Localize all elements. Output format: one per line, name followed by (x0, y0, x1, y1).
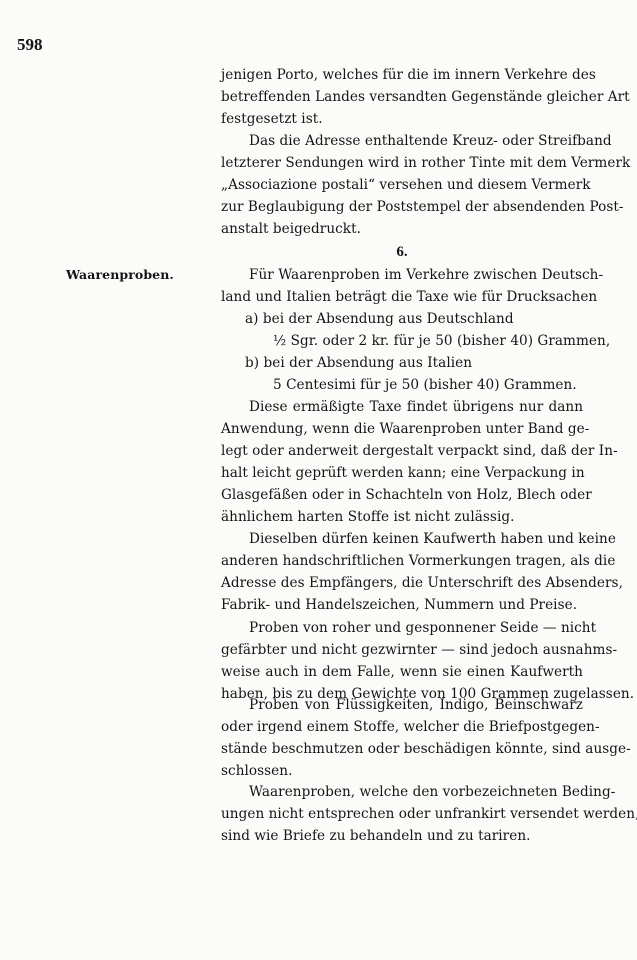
text-line: Waarenproben, welche den vorbezeichneten… (221, 781, 583, 803)
page-number: 598 (17, 35, 43, 55)
text-line: land und Italien beträgt die Taxe wie fü… (221, 286, 583, 308)
text-line: ähnlichem harten Stoffe ist nicht zuläss… (221, 506, 583, 528)
text-line: „Associazione postali“ versehen und dies… (221, 174, 583, 196)
text-line: b) bei der Absendung aus Italien (221, 352, 583, 374)
text-line: legt oder anderweit dergestalt verpackt … (221, 440, 583, 462)
text-line: betreffenden Landes versandten Gegenstän… (221, 86, 583, 108)
margin-note: Waarenproben. (66, 267, 174, 282)
text-line: ungen nicht entsprechen oder unfrankirt … (221, 803, 583, 825)
text-line: 6. (221, 241, 583, 263)
text-line: sind wie Briefe zu behandeln und zu tari… (221, 825, 583, 847)
text-line: ½ Sgr. oder 2 kr. für je 50 (bisher 40) … (221, 330, 583, 352)
text-line: weise auch in dem Falle, wenn sie einen … (221, 661, 583, 683)
text-line: stände beschmutzen oder beschädigen könn… (221, 738, 583, 760)
text-line: zur Beglaubigung der Poststempel der abs… (221, 196, 583, 218)
text-line: Diese ermäßigte Taxe findet übrigens nur… (221, 396, 583, 418)
text-line: Für Waarenproben im Verkehre zwischen De… (221, 264, 583, 286)
text-line: letzterer Sendungen wird in rother Tinte… (221, 152, 583, 174)
text-line: anderen handschriftlichen Vormerkungen t… (221, 550, 583, 572)
text-line: 5 Centesimi für je 50 (bisher 40) Gramme… (221, 374, 583, 396)
text-line: anstalt beigedruckt. (221, 218, 583, 240)
text-line: schlossen. (221, 760, 583, 782)
text-line: Glasgefäßen oder in Schachteln von Holz,… (221, 484, 583, 506)
text-line: gefärbter und nicht gezwirnter — sind je… (221, 639, 583, 661)
text-line: Proben von roher und gesponnener Seide —… (221, 617, 583, 639)
text-line: Dieselben dürfen keinen Kaufwerth haben … (221, 528, 583, 550)
text-line: festgesetzt ist. (221, 108, 583, 130)
text-line: Anwendung, wenn die Waarenproben unter B… (221, 418, 583, 440)
text-line: Adresse des Empfängers, die Unterschrift… (221, 572, 583, 594)
text-line: a) bei der Absendung aus Deutschland (221, 308, 583, 330)
text-line: Das die Adresse enthaltende Kreuz- oder … (221, 130, 583, 152)
text-line: Fabrik- und Handelszeichen, Nummern und … (221, 594, 583, 616)
text-line: oder irgend einem Stoffe, welcher die Br… (221, 716, 583, 738)
text-line: halt leicht geprüft werden kann; eine Ve… (221, 462, 583, 484)
text-line: jenigen Porto, welches für die im innern… (221, 64, 583, 86)
text-line: Proben von Flüssigkeiten, Indigo, Beinsc… (221, 694, 583, 716)
